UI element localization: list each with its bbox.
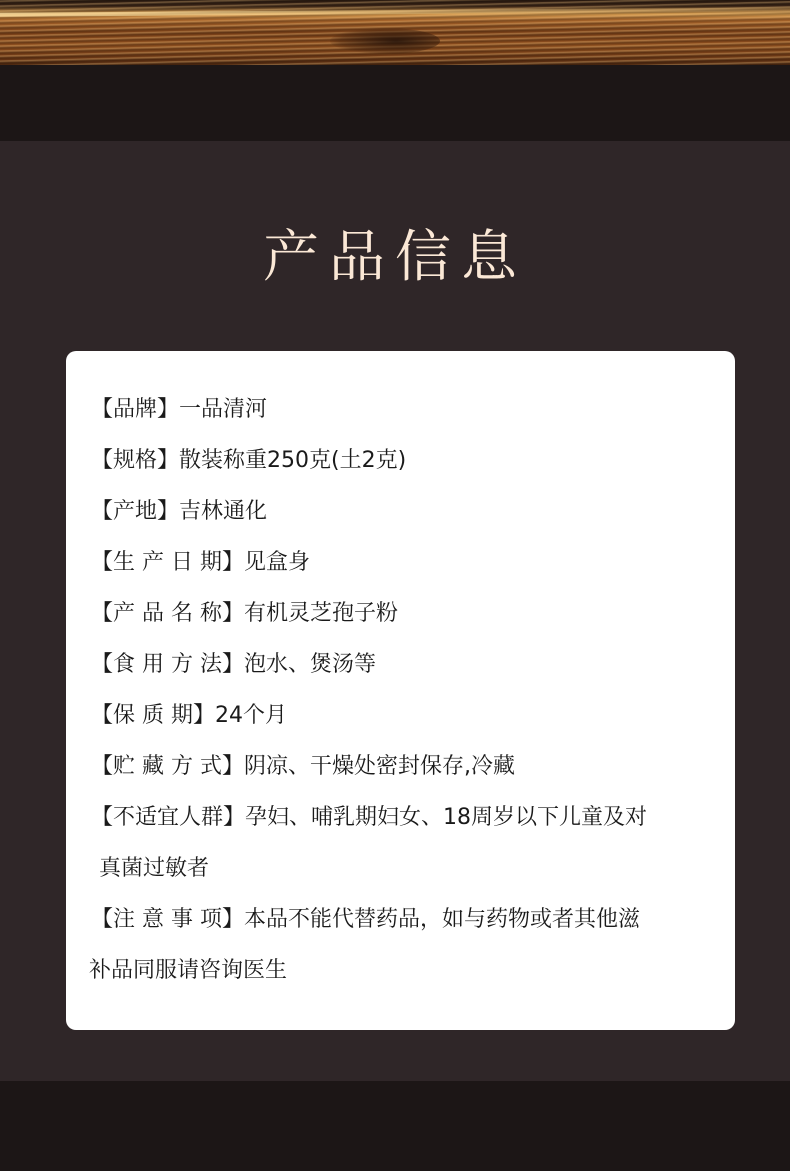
bottom-dark-band <box>0 1081 790 1171</box>
info-key: 【注 意 事 项】 <box>91 907 244 932</box>
info-row-spec: 【规格】散装称重250克(土2克) <box>91 435 721 486</box>
info-row-product-name: 【产 品 名 称】有机灵芝孢子粉 <box>91 588 721 639</box>
info-key: 【规格】 <box>91 448 179 473</box>
info-key: 【产 品 名 称】 <box>91 601 244 626</box>
info-value: 24个月 <box>215 703 287 728</box>
info-list: 【品牌】一品清河 【规格】散装称重250克(土2克) 【产地】吉林通化 【生 产… <box>91 384 721 996</box>
info-value: 有机灵芝孢子粉 <box>244 601 398 626</box>
info-row-unsuitable-groups-continued: 真菌过敏者 <box>91 843 721 894</box>
info-key: 【食 用 方 法】 <box>91 652 244 677</box>
info-key: 【产地】 <box>91 499 179 524</box>
info-row-precautions-continued: 补品同服请咨询医生 <box>89 945 721 996</box>
info-key: 【不适宜人群】 <box>91 805 245 830</box>
info-row-storage: 【贮 藏 方 式】阴凉、干燥处密封保存,冷藏 <box>91 741 721 792</box>
wood-texture-banner <box>0 0 790 65</box>
info-value: 本品不能代替药品，如与药物或者其他滋 <box>244 907 640 932</box>
info-key: 【生 产 日 期】 <box>91 550 244 575</box>
product-info-section: 产品信息 【品牌】一品清河 【规格】散装称重250克(土2克) 【产地】吉林通化… <box>0 141 790 1081</box>
info-row-unsuitable-groups: 【不适宜人群】孕妇、哺乳期妇女、18周岁以下儿童及对 <box>91 792 721 843</box>
section-title: 产品信息 <box>0 223 790 293</box>
info-key: 【保 质 期】 <box>91 703 215 728</box>
info-value: 一品清河 <box>179 397 267 422</box>
info-value: 见盒身 <box>244 550 310 575</box>
info-row-precautions: 【注 意 事 项】本品不能代替药品，如与药物或者其他滋 <box>91 894 721 945</box>
info-row-production-date: 【生 产 日 期】见盒身 <box>91 537 721 588</box>
info-value: 散装称重250克(土2克) <box>179 448 406 473</box>
info-value: 泡水、煲汤等 <box>244 652 376 677</box>
info-value: 吉林通化 <box>179 499 267 524</box>
info-value: 孕妇、哺乳期妇女、18周岁以下儿童及对 <box>245 805 647 830</box>
info-key: 【品牌】 <box>91 397 179 422</box>
wood-grain-highlight <box>0 7 790 17</box>
info-row-shelf-life: 【保 质 期】24个月 <box>91 690 721 741</box>
top-dark-band <box>0 65 790 141</box>
info-row-brand: 【品牌】一品清河 <box>91 384 721 435</box>
info-row-usage: 【食 用 方 法】泡水、煲汤等 <box>91 639 721 690</box>
wood-knot <box>330 28 440 54</box>
info-value: 阴凉、干燥处密封保存,冷藏 <box>244 754 515 779</box>
product-info-card: 【品牌】一品清河 【规格】散装称重250克(土2克) 【产地】吉林通化 【生 产… <box>66 351 735 1030</box>
info-row-origin: 【产地】吉林通化 <box>91 486 721 537</box>
info-key: 【贮 藏 方 式】 <box>91 754 244 779</box>
